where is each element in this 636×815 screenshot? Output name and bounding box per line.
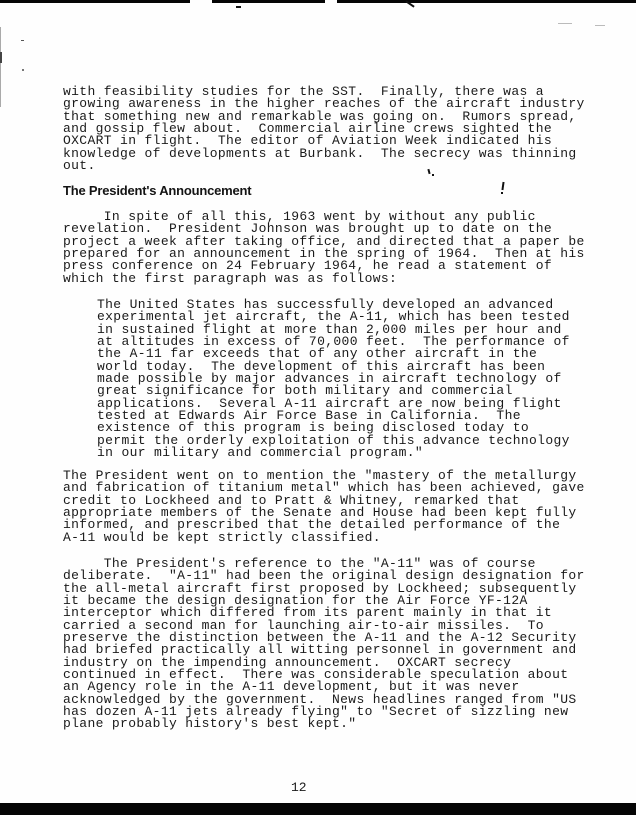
scan-artifact	[558, 23, 572, 24]
paragraph-a11-reference: The President's reference to the "A-11" …	[63, 558, 585, 731]
scan-artifact	[501, 192, 503, 194]
scan-edge-bottom-bar	[0, 803, 636, 815]
scan-artifact	[595, 25, 605, 26]
scan-artifact	[22, 69, 24, 71]
blockquote-presidential-statement: The United States has successfully devel…	[97, 299, 570, 459]
scan-artifact	[21, 40, 24, 41]
scan-edge-top-bar	[0, 0, 636, 3]
page-number: 12	[291, 780, 307, 795]
scan-artifact	[432, 174, 434, 176]
section-heading-presidents-announcement: The President's Announcement	[63, 183, 251, 198]
scan-edge-gap	[325, 0, 337, 3]
scan-artifact	[236, 6, 241, 8]
paragraph-announcement-intro: In spite of all this, 1963 went by witho…	[63, 211, 585, 285]
scan-edge-gap	[190, 0, 212, 3]
document-page: with feasibility studies for the SST. Fi…	[0, 0, 636, 815]
scan-artifact	[0, 27, 1, 107]
scan-artifact	[501, 182, 504, 190]
scan-artifact	[0, 52, 2, 63]
paragraph-feasibility-continuation: with feasibility studies for the SST. Fi…	[63, 86, 585, 172]
paragraph-president-mention: The President went on to mention the "ma…	[63, 470, 585, 544]
